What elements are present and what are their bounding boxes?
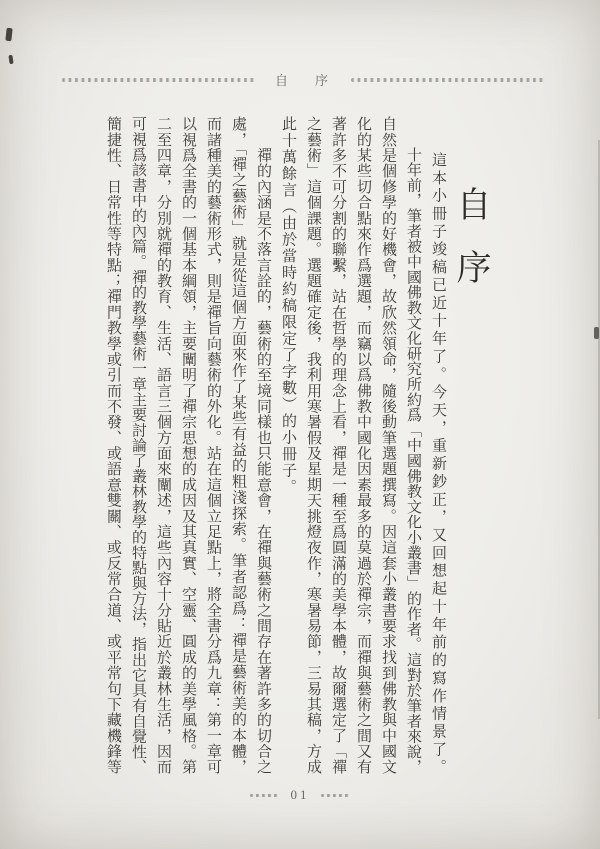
text-column: 而諸種美的藝術形式，則是禪旨向藝術的外化。站在這個立足點上，將全書分爲九章：第一… <box>200 116 225 774</box>
header-rule-right <box>351 78 544 82</box>
text-column: 二至四章，分別就禪的教育、生活、語言三個方面來闡述，這些內容十分貼近於叢林生活，… <box>150 116 175 774</box>
text-column: 之藝術」這個課題。選題確定後，我利用寒暑假及星期天挑燈夜作，寒暑易節，三易其稿，… <box>300 116 325 774</box>
text-column: 此十萬餘言（由於當時約稿限定了字數）的小冊子。 <box>275 116 300 774</box>
text-column: 以視爲全書的一個基本綱領，主要闡明了禪宗思想的成因及其真實、空靈、圓成的美學風格… <box>175 116 200 774</box>
preface-title: 自序 <box>450 186 492 312</box>
running-header: 自 序 <box>62 70 544 89</box>
text-column: 可視爲該書中的內篇。禪的教學藝術一章主要討論了叢林教學的特點與方法，指出它具有自… <box>125 116 150 774</box>
text-column: 化的某些切合點來作爲選題，而竊以爲佛教中國化因素最多的莫過於禪宗，而禪與藝術之間… <box>350 116 375 774</box>
text-column: 十年前，筆者被中國佛教文化研究所約爲「中國佛教文化小叢書」的作者。這對於筆者來說… <box>400 116 425 774</box>
footer-flourish-left <box>250 794 280 797</box>
text-column: 處，「禪之藝術」就是從這個方面來作了某些有益的粗淺探索。筆者認爲：禪是藝術美的本… <box>225 116 250 774</box>
body-text: 這本小冊子竣稿已近十年了。今天，重新鈔正，又回想起十年前的寫作情景了。 十年前，… <box>100 116 450 774</box>
scanned-book-page: 自 序 自序 這本小冊子竣稿已近十年了。今天，重新鈔正，又回想起十年前的寫作情景… <box>0 0 600 849</box>
text-column: 這本小冊子竣稿已近十年了。今天，重新鈔正，又回想起十年前的寫作情景了。 <box>425 116 450 774</box>
scan-speck <box>5 28 12 42</box>
text-column: 簡捷性、日常性等特點；禪門教學或引而不發、或語意雙關、或反常合道、或平常句下藏機… <box>100 116 125 774</box>
page-footer: 01 <box>0 787 600 803</box>
header-rule-left <box>62 78 255 82</box>
footer-flourish-right <box>321 794 351 797</box>
text-column: 著許多不可分割的聯繫，站在哲學的理念上看，禪是一種至爲圓滿的美學本體，故爾選定了… <box>325 116 350 774</box>
scan-speck <box>8 55 13 64</box>
text-column: 禪的內涵是不落言詮的，藝術的至境同樣也只能意會，在禪與藝術之間存在著許多的切合之 <box>250 116 275 774</box>
running-header-title: 自 序 <box>271 70 335 89</box>
text-column: 自然是個修學的好機會，故欣然領命，隨後動筆選題撰寫。因這套小叢書要求找到佛教與中… <box>375 116 400 774</box>
page-number: 01 <box>291 787 310 803</box>
